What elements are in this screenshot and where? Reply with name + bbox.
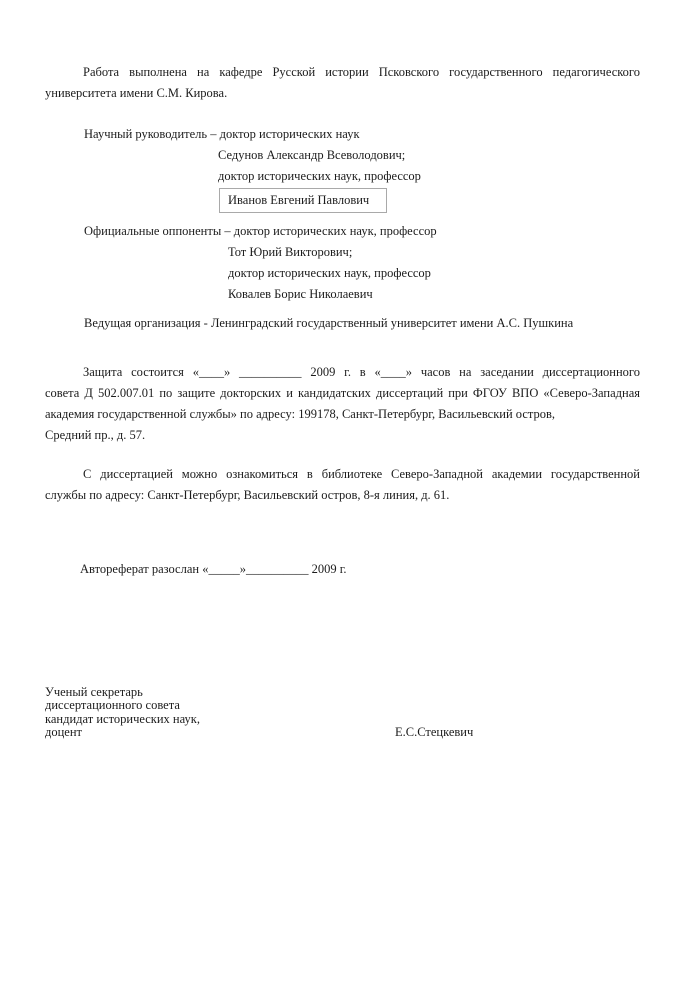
- supervisor-degree: доктор исторических наук, профессор: [218, 166, 421, 187]
- work-done-line-1: Работа выполнена на кафедре Русской исто…: [45, 62, 640, 83]
- signature-role-line-3: кандидат исторических наук,: [45, 713, 395, 726]
- signature-role-line-2: диссертационного совета: [45, 699, 395, 712]
- signature-role-line-1: Ученый секретарь: [45, 686, 395, 699]
- boxed-name: Иванов Евгений Павлович: [228, 193, 369, 208]
- secretary-name: Е.С.Стецкевич: [395, 726, 473, 739]
- defense-line-3: академия государственной службы» по адре…: [45, 404, 640, 425]
- opponents-label: Официальные оппоненты – доктор историчес…: [84, 221, 437, 242]
- signature-role-line-4: доцент: [45, 726, 395, 739]
- opponent-2-degree: доктор исторических наук, профессор: [228, 263, 431, 284]
- leading-organization: Ведущая организация - Ленинградский госу…: [84, 313, 573, 334]
- supervisor-label: Научный руководитель – доктор историческ…: [84, 124, 360, 145]
- defense-line-4: Средний пр., д. 57.: [45, 425, 640, 446]
- supervisor-name-box: Иванов Евгений Павлович: [219, 188, 387, 213]
- supervisor-name: Седунов Александр Всеволодович;: [218, 145, 405, 166]
- work-done-line-2: университета имени С.М. Кирова.: [45, 83, 640, 104]
- opponent-1-name: Тот Юрий Викторович;: [228, 242, 352, 263]
- opponent-2-name: Ковалев Борис Николаевич: [228, 284, 373, 305]
- signature-block: Ученый секретарь диссертационного совета…: [45, 686, 395, 740]
- defense-line-1: Защита состоится «____» __________ 2009 …: [45, 362, 640, 383]
- document-page: Работа выполнена на кафедре Русской исто…: [0, 0, 700, 990]
- defense-line-2: совета Д 502.007.01 по защите докторских…: [45, 383, 640, 404]
- library-line-2: службы по адресу: Санкт-Петербург, Васил…: [45, 485, 640, 506]
- library-line-1: С диссертацией можно ознакомиться в библ…: [45, 464, 640, 485]
- mailing-date-line: Автореферат разослан «_____»__________ 2…: [45, 559, 640, 580]
